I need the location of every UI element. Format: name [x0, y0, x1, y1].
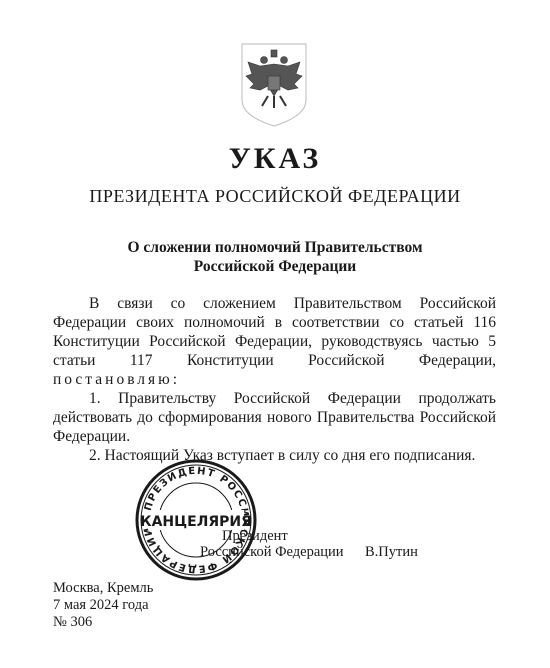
official-stamp-icon: ПРЕЗИДЕНТ РОССИЙСКОЙ ФЕДЕРАЦИИ • 5 • КАН…: [134, 458, 258, 582]
place: Москва, Кремль: [53, 580, 153, 597]
decree-item-2: 2. Настоящий Указ вступает в силу со дня…: [53, 446, 496, 465]
decree-body: В связи со сложением Правительством Росс…: [53, 294, 496, 465]
signatory-name: В.Путин: [365, 544, 418, 561]
signatory-title-line2: Российской Федерации: [200, 544, 344, 561]
coat-of-arms-icon: [238, 40, 310, 128]
decree-subject: О сложении полномочий Правительством Рос…: [0, 238, 550, 276]
preamble-paragraph: В связи со сложением Правительством Росс…: [53, 294, 496, 389]
date: 7 мая 2024 года: [53, 597, 153, 614]
decree-word: постановляю:: [53, 371, 180, 388]
document-title: УКАЗ: [0, 142, 550, 176]
document-subtitle: ПРЕЗИДЕНТА РОССИЙСКОЙ ФЕДЕРАЦИИ: [0, 186, 550, 207]
decree-number: № 306: [53, 614, 153, 631]
decree-item-1: 1. Правительству Российской Федерации пр…: [53, 389, 496, 446]
decree-footer: Москва, Кремль 7 мая 2024 года № 306: [53, 580, 153, 631]
